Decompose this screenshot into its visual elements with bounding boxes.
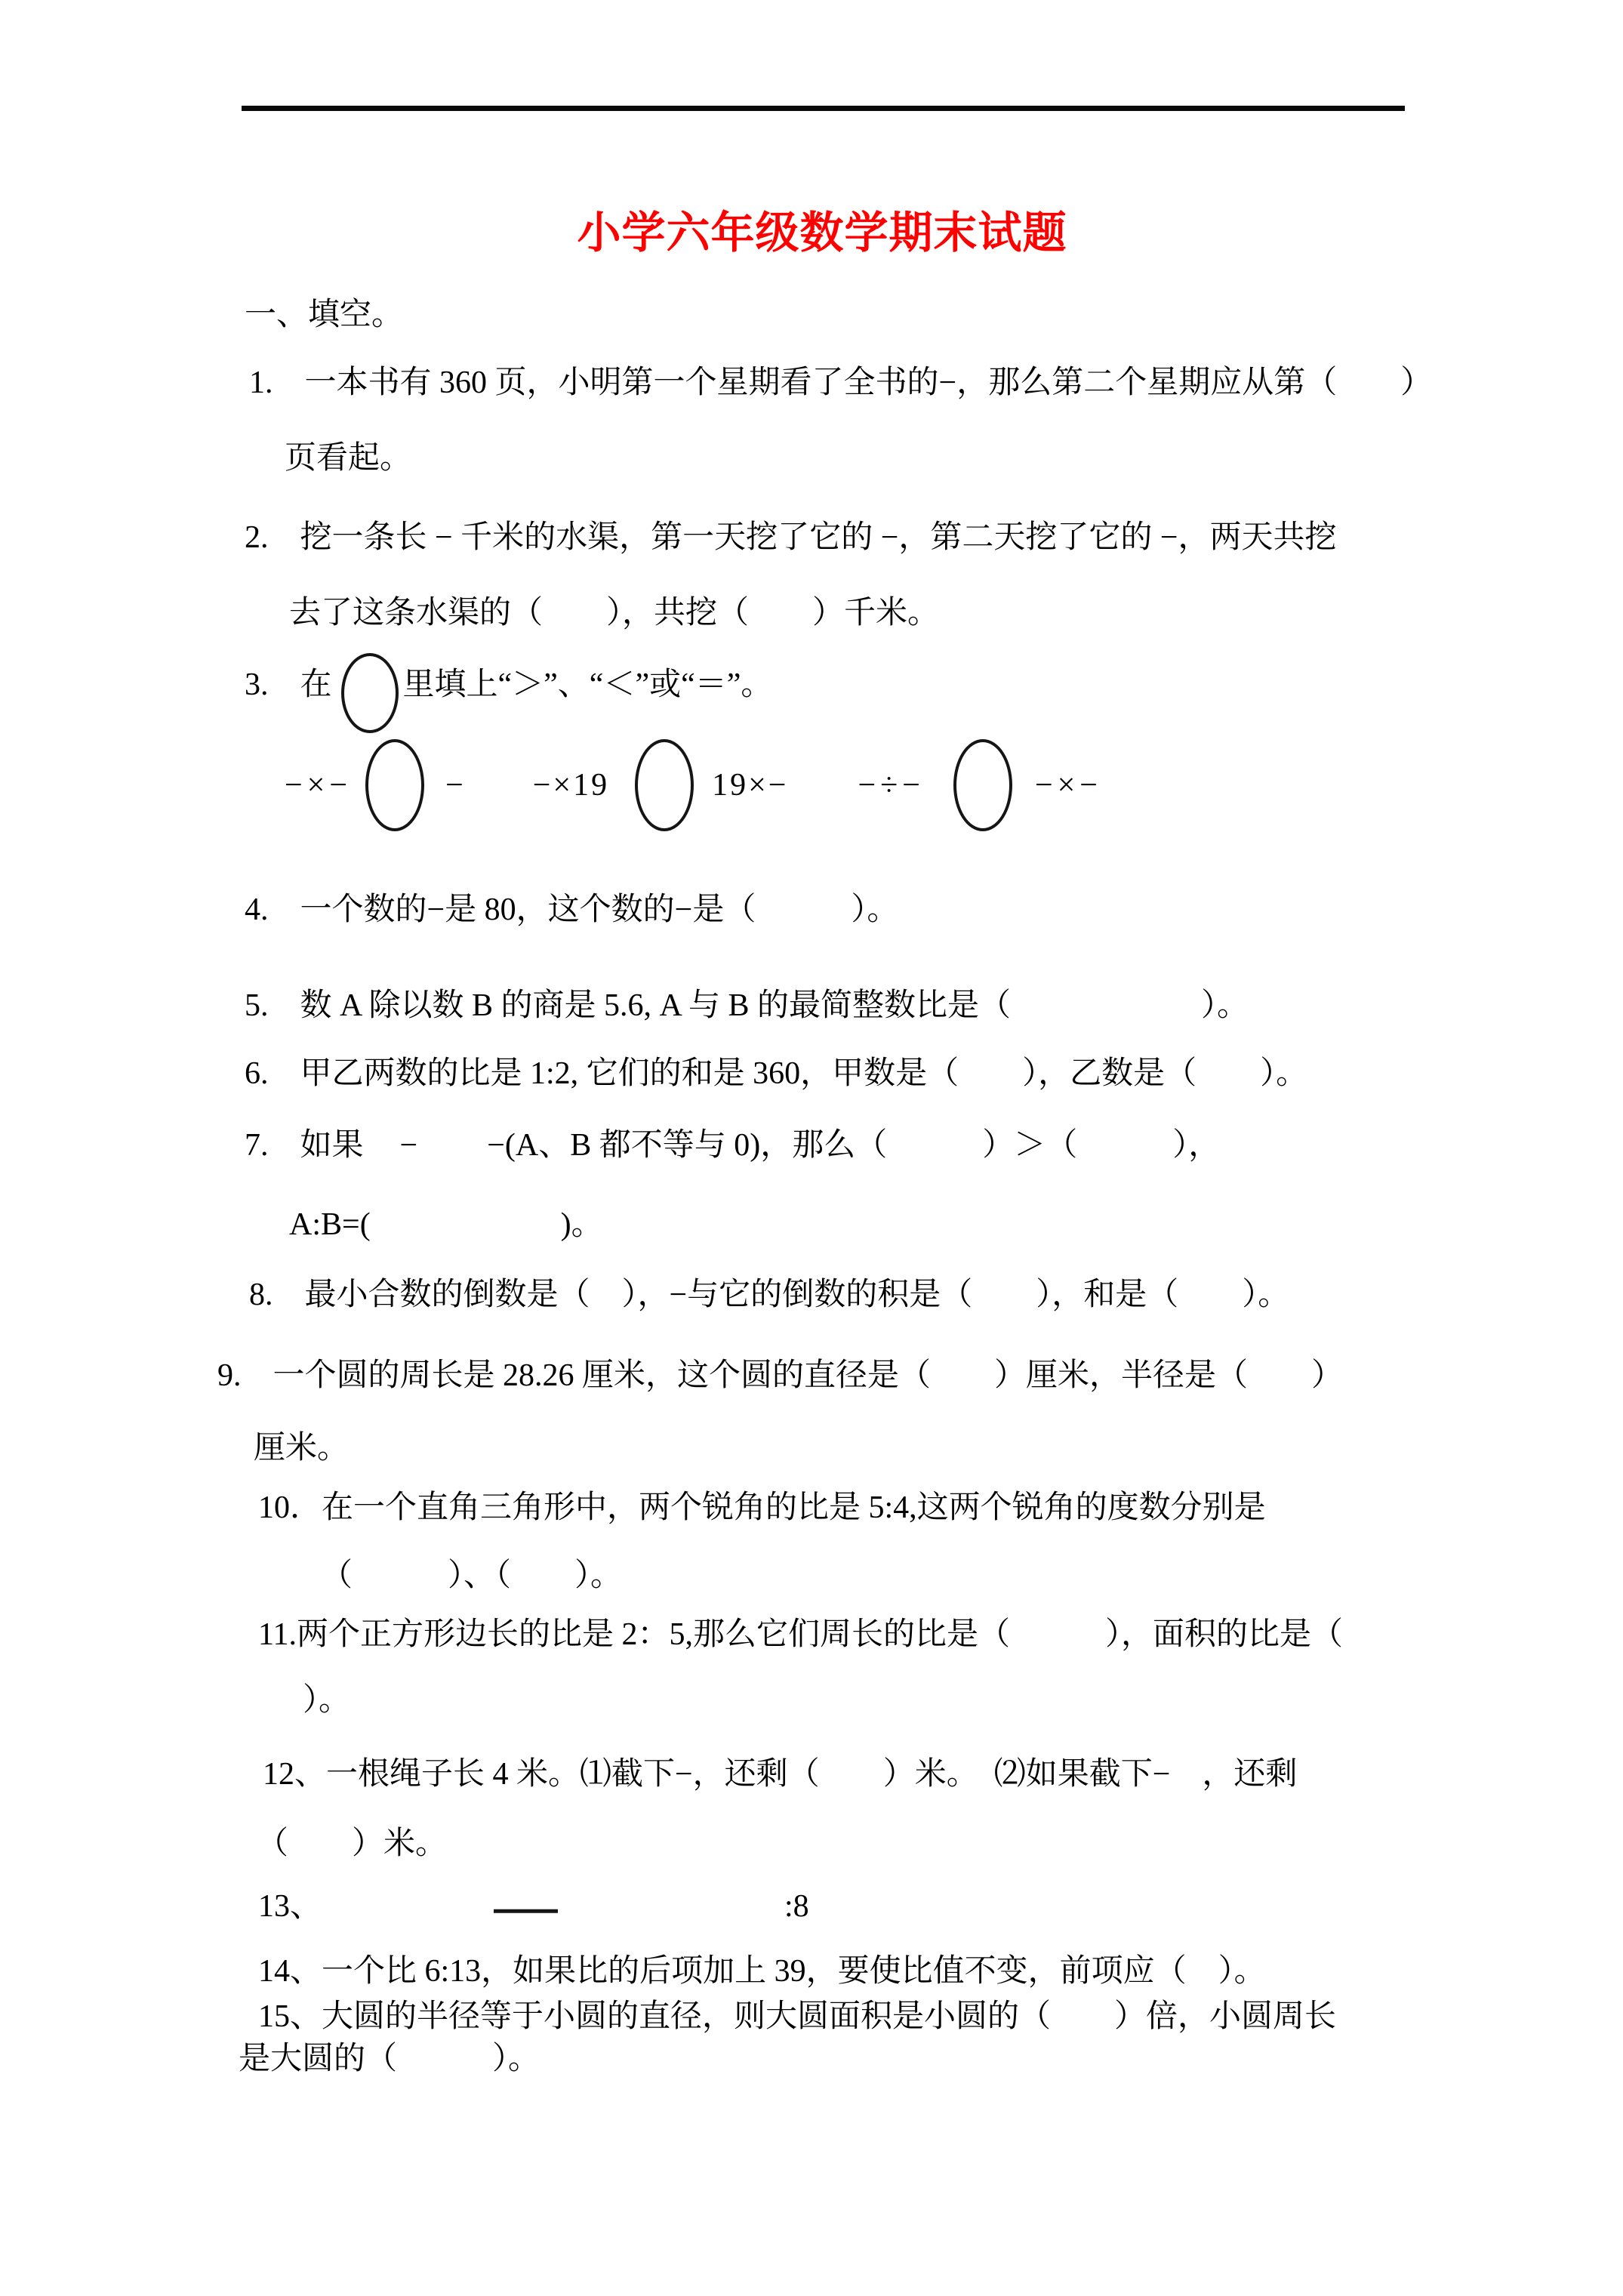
question-12-continued: （ ）米。	[257, 1824, 447, 1864]
question-1: 1. 一本书有 360 页，小明第一个星期看了全书的−，那么第二个星期应从第（ …	[249, 363, 1432, 403]
question-13: 13、:8	[258, 1887, 809, 1927]
text-segment: −	[400, 1126, 418, 1166]
answer-circle	[341, 653, 399, 733]
text-segment: 厘米。	[254, 1428, 349, 1469]
text-segment: 1. 一本书有 360 页，小明第一个星期看了全书的−，那么第二个星期应从第（ …	[249, 363, 1432, 403]
text-segment: ）。	[303, 1681, 350, 1721]
text-segment: 15、大圆的半径等于小圆的直径，则大圆面积是小圆的（ ）倍，小圆周长	[258, 1997, 1336, 2037]
question-10: 10．在一个直角三角形中，两个锐角的比是 5:4,这两个锐角的度数分别是	[258, 1488, 1266, 1528]
question-14: 14、一个比 6:13，如果比的后项加上 39，要使比值不变，前项应（ ）。	[258, 1952, 1266, 1992]
question-7: 7. 如果−−(A、B 都不等与 0)，那么（ ）＞（ ），	[245, 1126, 1220, 1166]
question-15-continued: 是大圆的（ ）。	[239, 2039, 540, 2079]
section-heading: 一、填空。	[245, 295, 403, 335]
question-4: 4. 一个数的−是 80，这个数的−是（ ）。	[245, 890, 898, 930]
text-segment: 里填上“＞”、“＜”或“＝”。	[403, 665, 773, 705]
text-segment: 是大圆的（ ）。	[239, 2039, 540, 2079]
text-segment: 2. 挖一条长 − 千米的水渠，第一天挖了它的 −，第二天挖了它的 −，两天共挖	[245, 518, 1337, 558]
text-segment: 7. 如果	[245, 1126, 364, 1166]
text-segment: 6. 甲乙两数的比是 1:2, 它们的和是 360，甲数是（ ），乙数是（ ）。	[245, 1054, 1307, 1094]
answer-circle	[953, 739, 1012, 831]
question-2: 2. 挖一条长 − 千米的水渠，第一天挖了它的 −，第二天挖了它的 −，两天共挖	[245, 518, 1337, 558]
text-segment: −×−	[1035, 766, 1102, 806]
text-segment: −(A、B 都不等与 0)，那么（ ）＞（ ），	[487, 1126, 1220, 1166]
question-3: 3. 在里填上“＞”、“＜”或“＝”。	[245, 636, 772, 733]
text-segment: 10．在一个直角三角形中，两个锐角的比是 5:4,这两个锐角的度数分别是	[258, 1488, 1266, 1528]
question-11-continued: ）。	[303, 1681, 350, 1721]
question-2-continued: 去了这条水渠的（ ），共挖（ ）千米。	[289, 593, 939, 633]
question-3-expressions: −×−−−×1919×−−÷−−×−	[285, 739, 1102, 831]
question-1-continued: 页看起。	[285, 439, 411, 479]
text-segment: 3. 在	[245, 665, 332, 705]
text-segment: 13、	[258, 1887, 322, 1927]
question-9-continued: 厘米。	[254, 1428, 349, 1469]
text-segment: 5. 数 A 除以数 B 的商是 5.6, A 与 B 的最简整数比是（ ）。	[245, 986, 1249, 1026]
text-segment: （ ）、（ ）。	[321, 1556, 622, 1596]
text-segment: −÷−	[858, 766, 925, 806]
exam-page: 小学六年级数学期末试题 一、填空。1. 一本书有 360 页，小明第一个星期看了…	[0, 0, 1623, 2296]
text-segment: 页看起。	[285, 439, 411, 479]
text-segment: A:B=( )。	[289, 1205, 603, 1245]
question-8: 8. 最小合数的倒数是（ ），−与它的倒数的积是（ ），和是（ ）。	[249, 1275, 1289, 1315]
question-12: 12、一根绳子长 4 米。⑴截下−，还剩（ ）米。 ⑵如果截下− ，还剩	[263, 1755, 1297, 1795]
page-title: 小学六年级数学期末试题	[577, 197, 1067, 260]
text-segment: 8. 最小合数的倒数是（ ），−与它的倒数的积是（ ），和是（ ）。	[249, 1275, 1289, 1315]
question-7-continued: A:B=( )。	[289, 1205, 603, 1245]
text-segment: 14、一个比 6:13，如果比的后项加上 39，要使比值不变，前项应（ ）。	[258, 1952, 1266, 1992]
text-segment: 去了这条水渠的（ ），共挖（ ）千米。	[289, 593, 939, 633]
answer-circle	[365, 739, 424, 831]
text-segment: −×−	[285, 766, 352, 806]
text-segment: 一、填空。	[245, 295, 403, 335]
header-rule	[242, 106, 1405, 111]
question-9: 9. 一个圆的周长是 28.26 厘米，这个圆的直径是（ ）厘米，半径是（ ）	[217, 1356, 1343, 1396]
text-segment: :8	[784, 1887, 809, 1927]
question-6: 6. 甲乙两数的比是 1:2, 它们的和是 360，甲数是（ ），乙数是（ ）。	[245, 1054, 1307, 1094]
text-segment: −	[445, 766, 463, 806]
text-segment: 4. 一个数的−是 80，这个数的−是（ ）。	[245, 890, 898, 930]
question-10-continued: （ ）、（ ）。	[321, 1556, 622, 1596]
text-segment: −×19	[533, 766, 609, 806]
text-segment: 12、一根绳子长 4 米。⑴截下−，还剩（ ）米。 ⑵如果截下− ，还剩	[263, 1755, 1297, 1795]
question-5: 5. 数 A 除以数 B 的商是 5.6, A 与 B 的最简整数比是（ ）。	[245, 986, 1249, 1026]
text-segment: 19×−	[712, 766, 788, 806]
text-segment: 11.两个正方形边长的比是 2：5,那么它们周长的比是（ ），面积的比是（	[258, 1615, 1343, 1655]
fraction-bar	[494, 1909, 558, 1913]
text-segment: 9. 一个圆的周长是 28.26 厘米，这个圆的直径是（ ）厘米，半径是（ ）	[217, 1356, 1343, 1396]
question-11: 11.两个正方形边长的比是 2：5,那么它们周长的比是（ ），面积的比是（	[258, 1615, 1343, 1655]
answer-circle	[635, 739, 694, 831]
text-segment: （ ）米。	[257, 1824, 447, 1864]
question-15: 15、大圆的半径等于小圆的直径，则大圆面积是小圆的（ ）倍，小圆周长	[258, 1997, 1336, 2037]
